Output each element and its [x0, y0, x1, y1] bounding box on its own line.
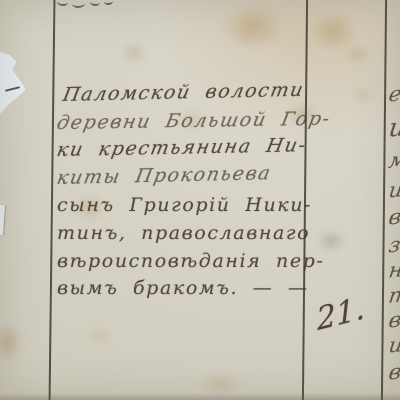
document-scan: Паломской волости деревни Большой Гор- к…	[0, 0, 400, 400]
page-bottom-shadow	[0, 393, 400, 400]
scan-vignette	[0, 0, 400, 400]
